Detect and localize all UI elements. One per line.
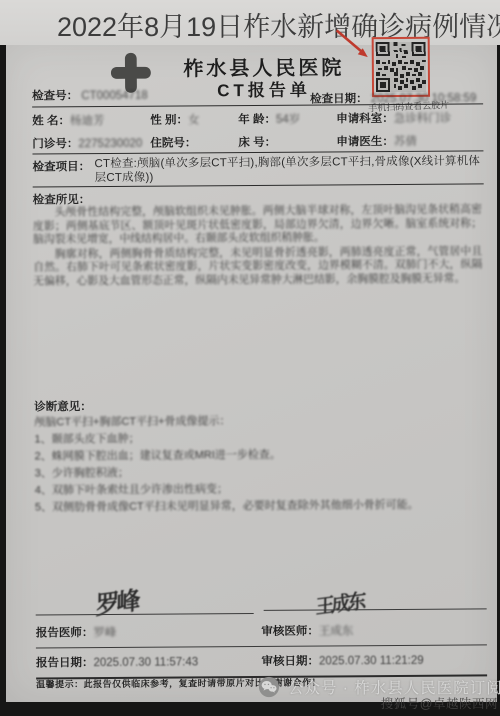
- report-doctor-value: 罗峰: [93, 627, 116, 639]
- qr-code-icon: [372, 37, 430, 97]
- patient-row-1: 姓 名：杨迪芳 性 别：女 年 龄：54岁 申请科室：急诊科门诊: [32, 109, 483, 128]
- review-date-value: 2025.07.30 11:21:29: [319, 655, 424, 668]
- findings-paragraph: 胸廓对称，两侧胸骨骨质结构完整，未见明显骨折透亮影，两肺透亮度正常，气管居中且自…: [33, 245, 482, 289]
- handwritten-signature-right: 王成东: [316, 586, 364, 619]
- name-value: 杨迪芳: [70, 115, 105, 127]
- dept-label: 申请科室：: [336, 113, 394, 125]
- exam-item-label: 检查项目：: [32, 158, 94, 185]
- diagnosis-label: 诊断意见：: [34, 398, 92, 414]
- exam-item-value: CT检查:颅脑(单次多层CT平扫),胸部(单次多层CT平扫,骨成像(X线计算机体…: [94, 155, 483, 185]
- dept-value: 急诊科门诊: [394, 113, 452, 125]
- req-doctor-label: 申请医生：: [336, 136, 394, 148]
- exam-number-row: 检查号： CT00054718: [32, 87, 148, 104]
- diagnosis-body: 颅脑CT平扫+胸部CT平扫+骨成像提示： 1、颞部头皮下血肿； 2、蛛网膜下腔出…: [34, 411, 484, 516]
- diagnosis-item: 5、双侧肋骨骨成像CT平扫未见明显异常，必要时复查除外其他细小骨折可能。: [35, 496, 484, 516]
- exam-number-label: 检查号：: [32, 90, 78, 102]
- age-label: 年 龄：: [238, 114, 276, 126]
- watermark-text: 搜狐号@卓越陕西网: [381, 694, 498, 712]
- screenshot-root: 2022年8月19日柞水新增确诊病例情况 柞水县人民医院 CT报告单: [0, 0, 500, 716]
- report-photo: 柞水县人民医院 CT报告单: [0, 45, 500, 716]
- signature-line: [36, 613, 254, 616]
- signature-line: [264, 608, 487, 611]
- review-doctor-label: 审核医师：: [261, 626, 319, 638]
- bed-label: 床 号：: [238, 137, 276, 149]
- inpatient-label: 住院号：: [150, 137, 196, 149]
- name-label: 姓 名：: [32, 115, 70, 127]
- sex-label: 性 别：: [150, 114, 188, 126]
- findings-body: 头颅骨性结构完整，颅脑软组织未见肿胀。两侧大脑半球对称，左顶叶脑沟见条状稍高密度…: [33, 203, 483, 289]
- wechat-icon: [258, 676, 280, 698]
- signoff-section: 报告医师：罗峰 审核医师：王成东 报告日期：2025.07.30 11:57:4…: [36, 615, 487, 679]
- review-date-label: 审核日期：: [261, 656, 319, 668]
- findings-paragraph: 头颅骨性结构完整，颅脑软组织未见肿胀。两侧大脑半球对称，左顶叶脑沟见条状稍高密度…: [33, 203, 482, 247]
- outpatient-label: 门诊号：: [32, 138, 78, 150]
- exam-number-value: CT00054718: [81, 90, 148, 102]
- review-doctor-value: 王成东: [319, 625, 354, 637]
- age-value: 54岁: [276, 114, 300, 126]
- sex-value: 女: [188, 114, 200, 126]
- patient-row-2: 门诊号：2275230020 住院号： 床 号： 申请医生：苏倩: [32, 132, 483, 151]
- exam-item-row: 检查项目： CT检查:颅脑(单次多层CT平扫),胸部(单次多层CT平扫,骨成像(…: [32, 155, 483, 185]
- report-date-value: 2025.07.30 11:57:43: [93, 656, 198, 669]
- report-paper: 柞水县人民医院 CT报告单: [6, 45, 497, 702]
- outpatient-value: 2275230020: [78, 138, 142, 150]
- report-doctor-label: 报告医师：: [36, 627, 94, 639]
- article-title: 2022年8月19日柞水新增确诊病例情况: [57, 5, 500, 44]
- req-doctor-value: 苏倩: [394, 136, 417, 148]
- report-date-label: 报告日期：: [36, 657, 94, 669]
- findings-label: 检查所见：: [33, 191, 91, 207]
